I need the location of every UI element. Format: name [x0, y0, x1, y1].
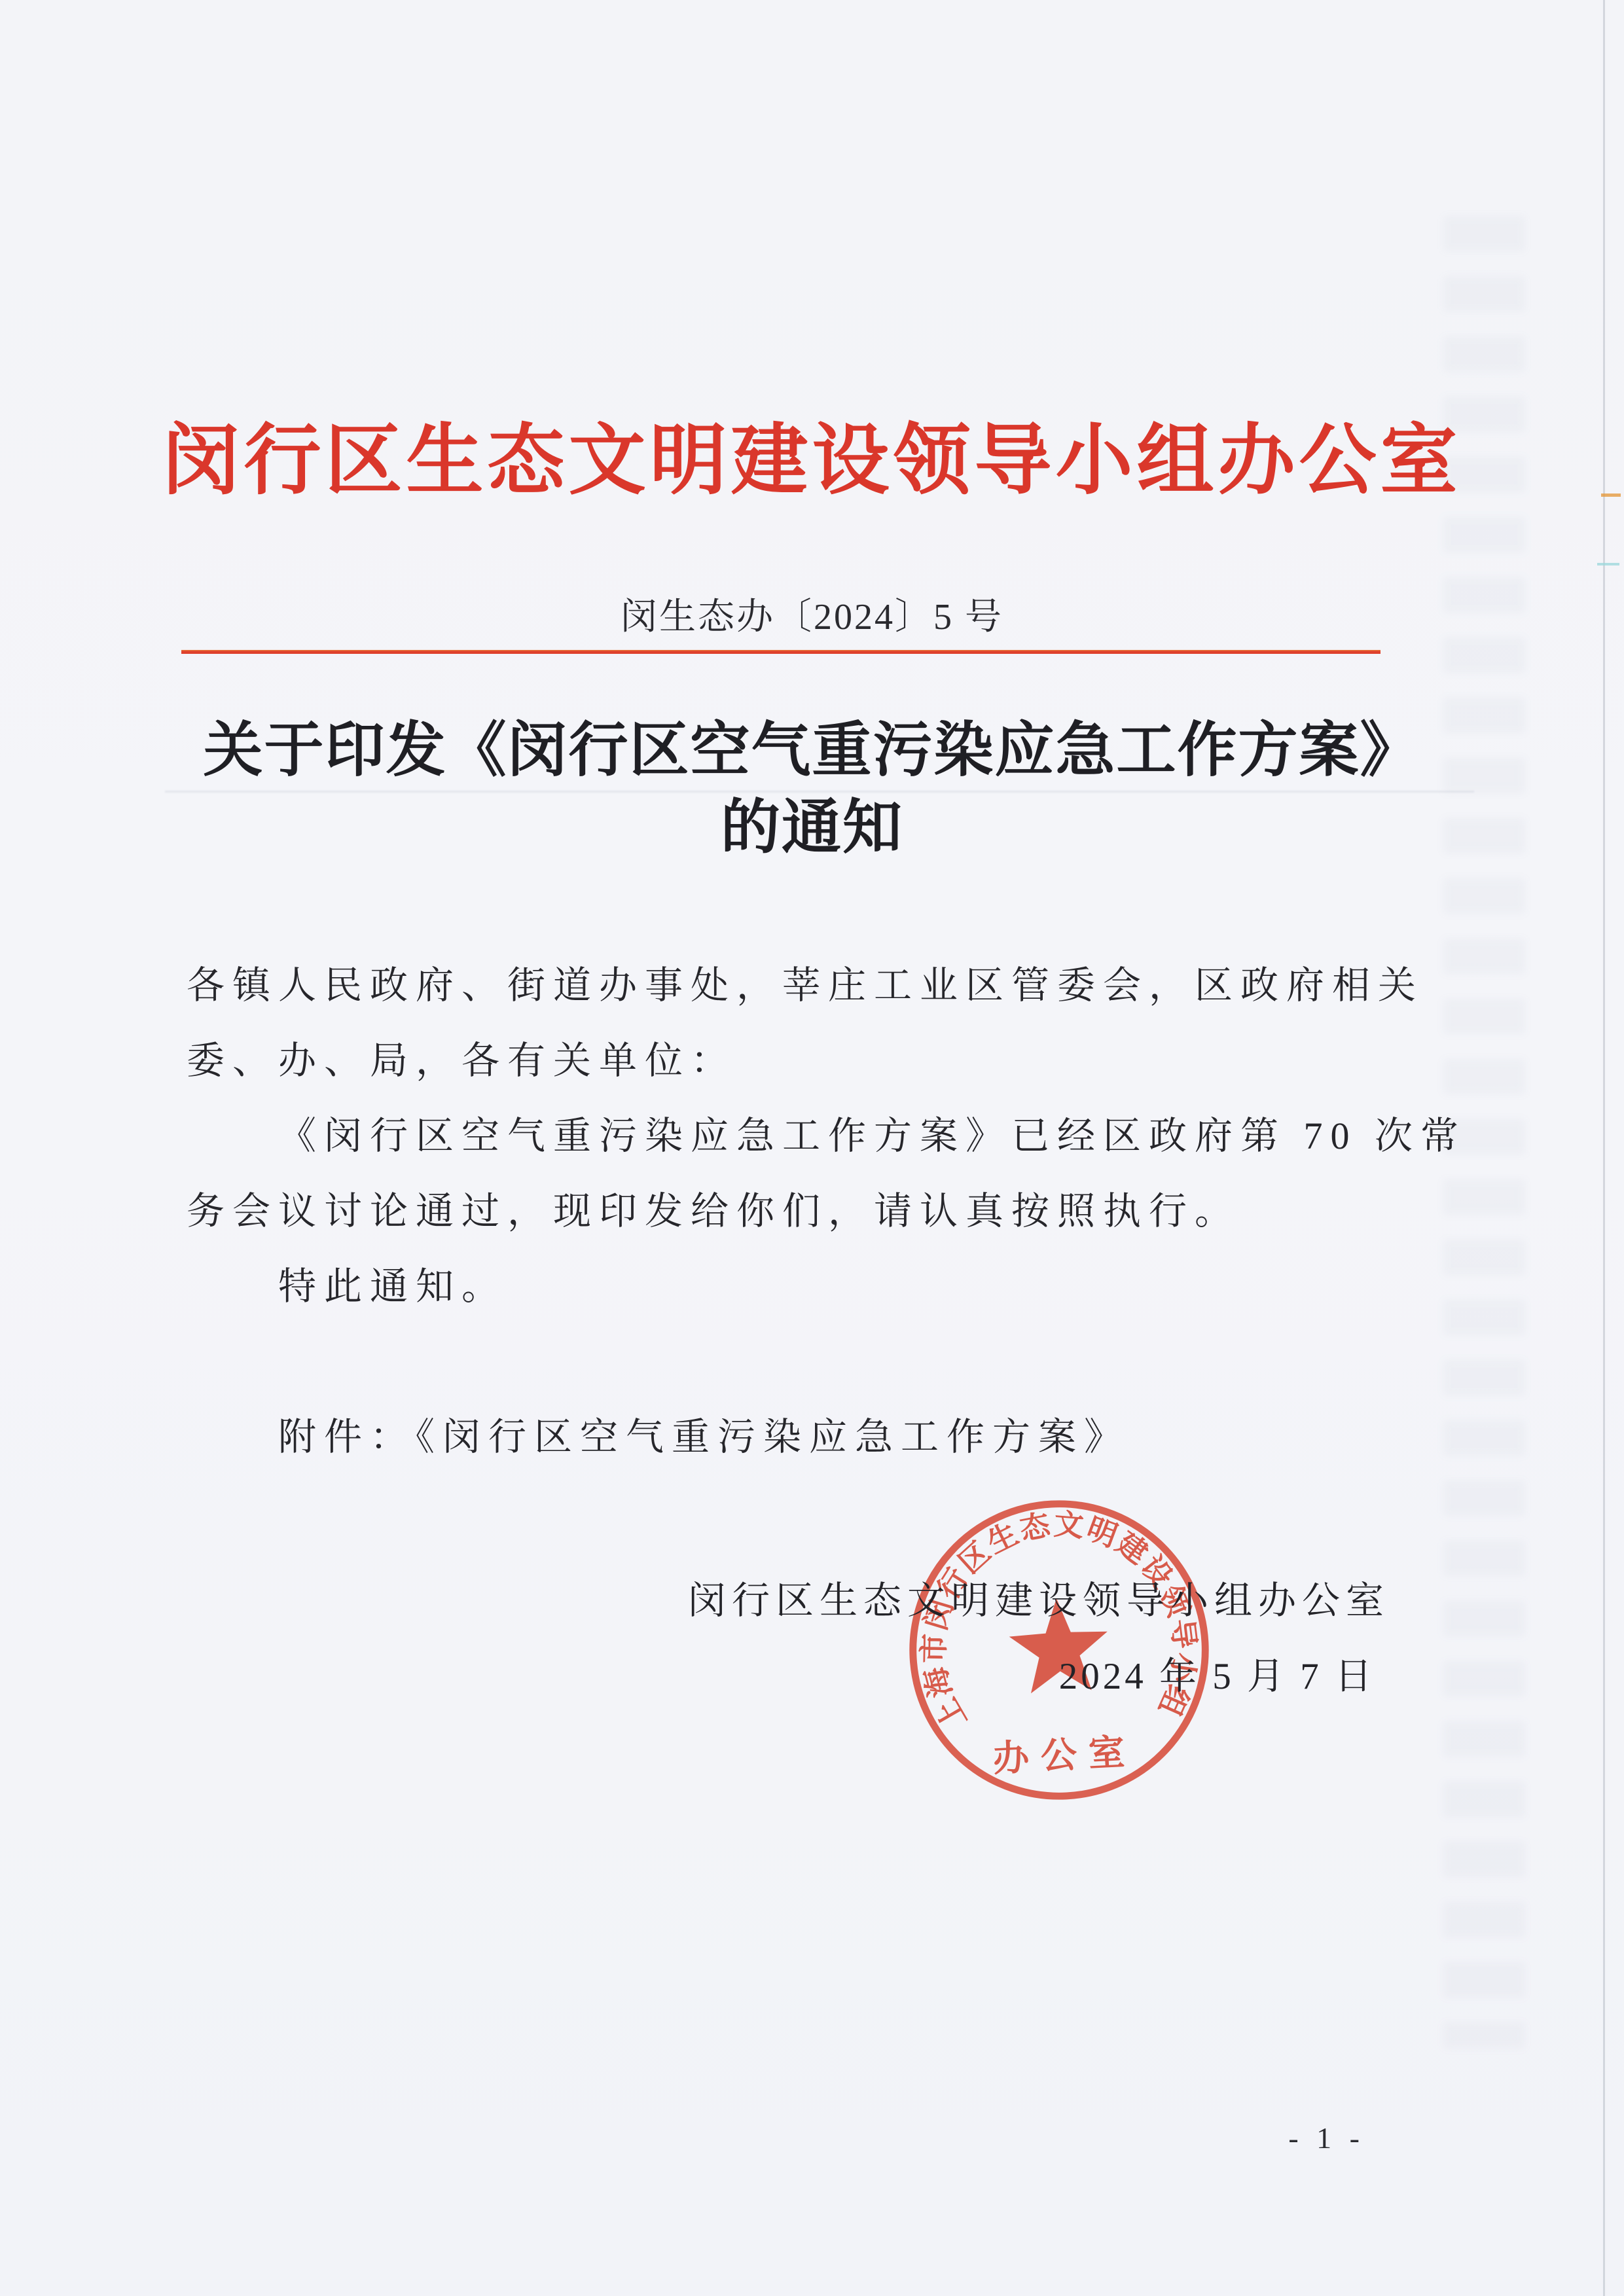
attachment-line: 附件：《闵行区空气重污染应急工作方案》 [187, 1399, 1470, 1475]
signature-date: 2024 年 5 月 7 日 [1059, 1639, 1375, 1714]
page-number: - 1 - [1288, 2121, 1365, 2155]
document-title-line1: 关于印发《闵行区空气重污染应急工作方案》 [0, 712, 1624, 789]
scan-edge-line [1603, 0, 1605, 2296]
red-divider-rule [181, 650, 1380, 654]
signature-org: 闵行区生态文明建设领导小组办公室 [688, 1563, 1390, 1638]
document-body: 各镇人民政府、街道办事处，莘庄工业区管委会，区政府相关 委、办、局，各有关单位：… [187, 948, 1470, 1475]
issuing-org-masthead: 闵行区生态文明建设领导小组办公室 [0, 398, 1624, 509]
body-line: 务会议讨论通过，现印发给你们，请认真按照执行。 [187, 1174, 1470, 1249]
body-line: 委、办、局，各有关单位： [187, 1023, 1470, 1098]
body-line: 《闵行区空气重污染应急工作方案》已经区政府第 70 次常 [187, 1098, 1470, 1174]
scanned-document-page: 闵行区生态文明建设领导小组办公室 闵生态办〔2024〕5 号 关于印发《闵行区空… [0, 0, 1624, 2296]
document-title-line2: 的通知 [0, 789, 1624, 867]
scan-artifact-teal [1597, 563, 1619, 565]
seal-bottom-text: 办公室 [992, 1732, 1137, 1779]
body-line: 特此通知。 [187, 1249, 1470, 1324]
document-number: 闵生态办〔2024〕5 号 [0, 588, 1624, 640]
document-title: 关于印发《闵行区空气重污染应急工作方案》 的通知 [0, 712, 1624, 867]
body-line: 各镇人民政府、街道办事处，莘庄工业区管委会，区政府相关 [187, 948, 1470, 1023]
